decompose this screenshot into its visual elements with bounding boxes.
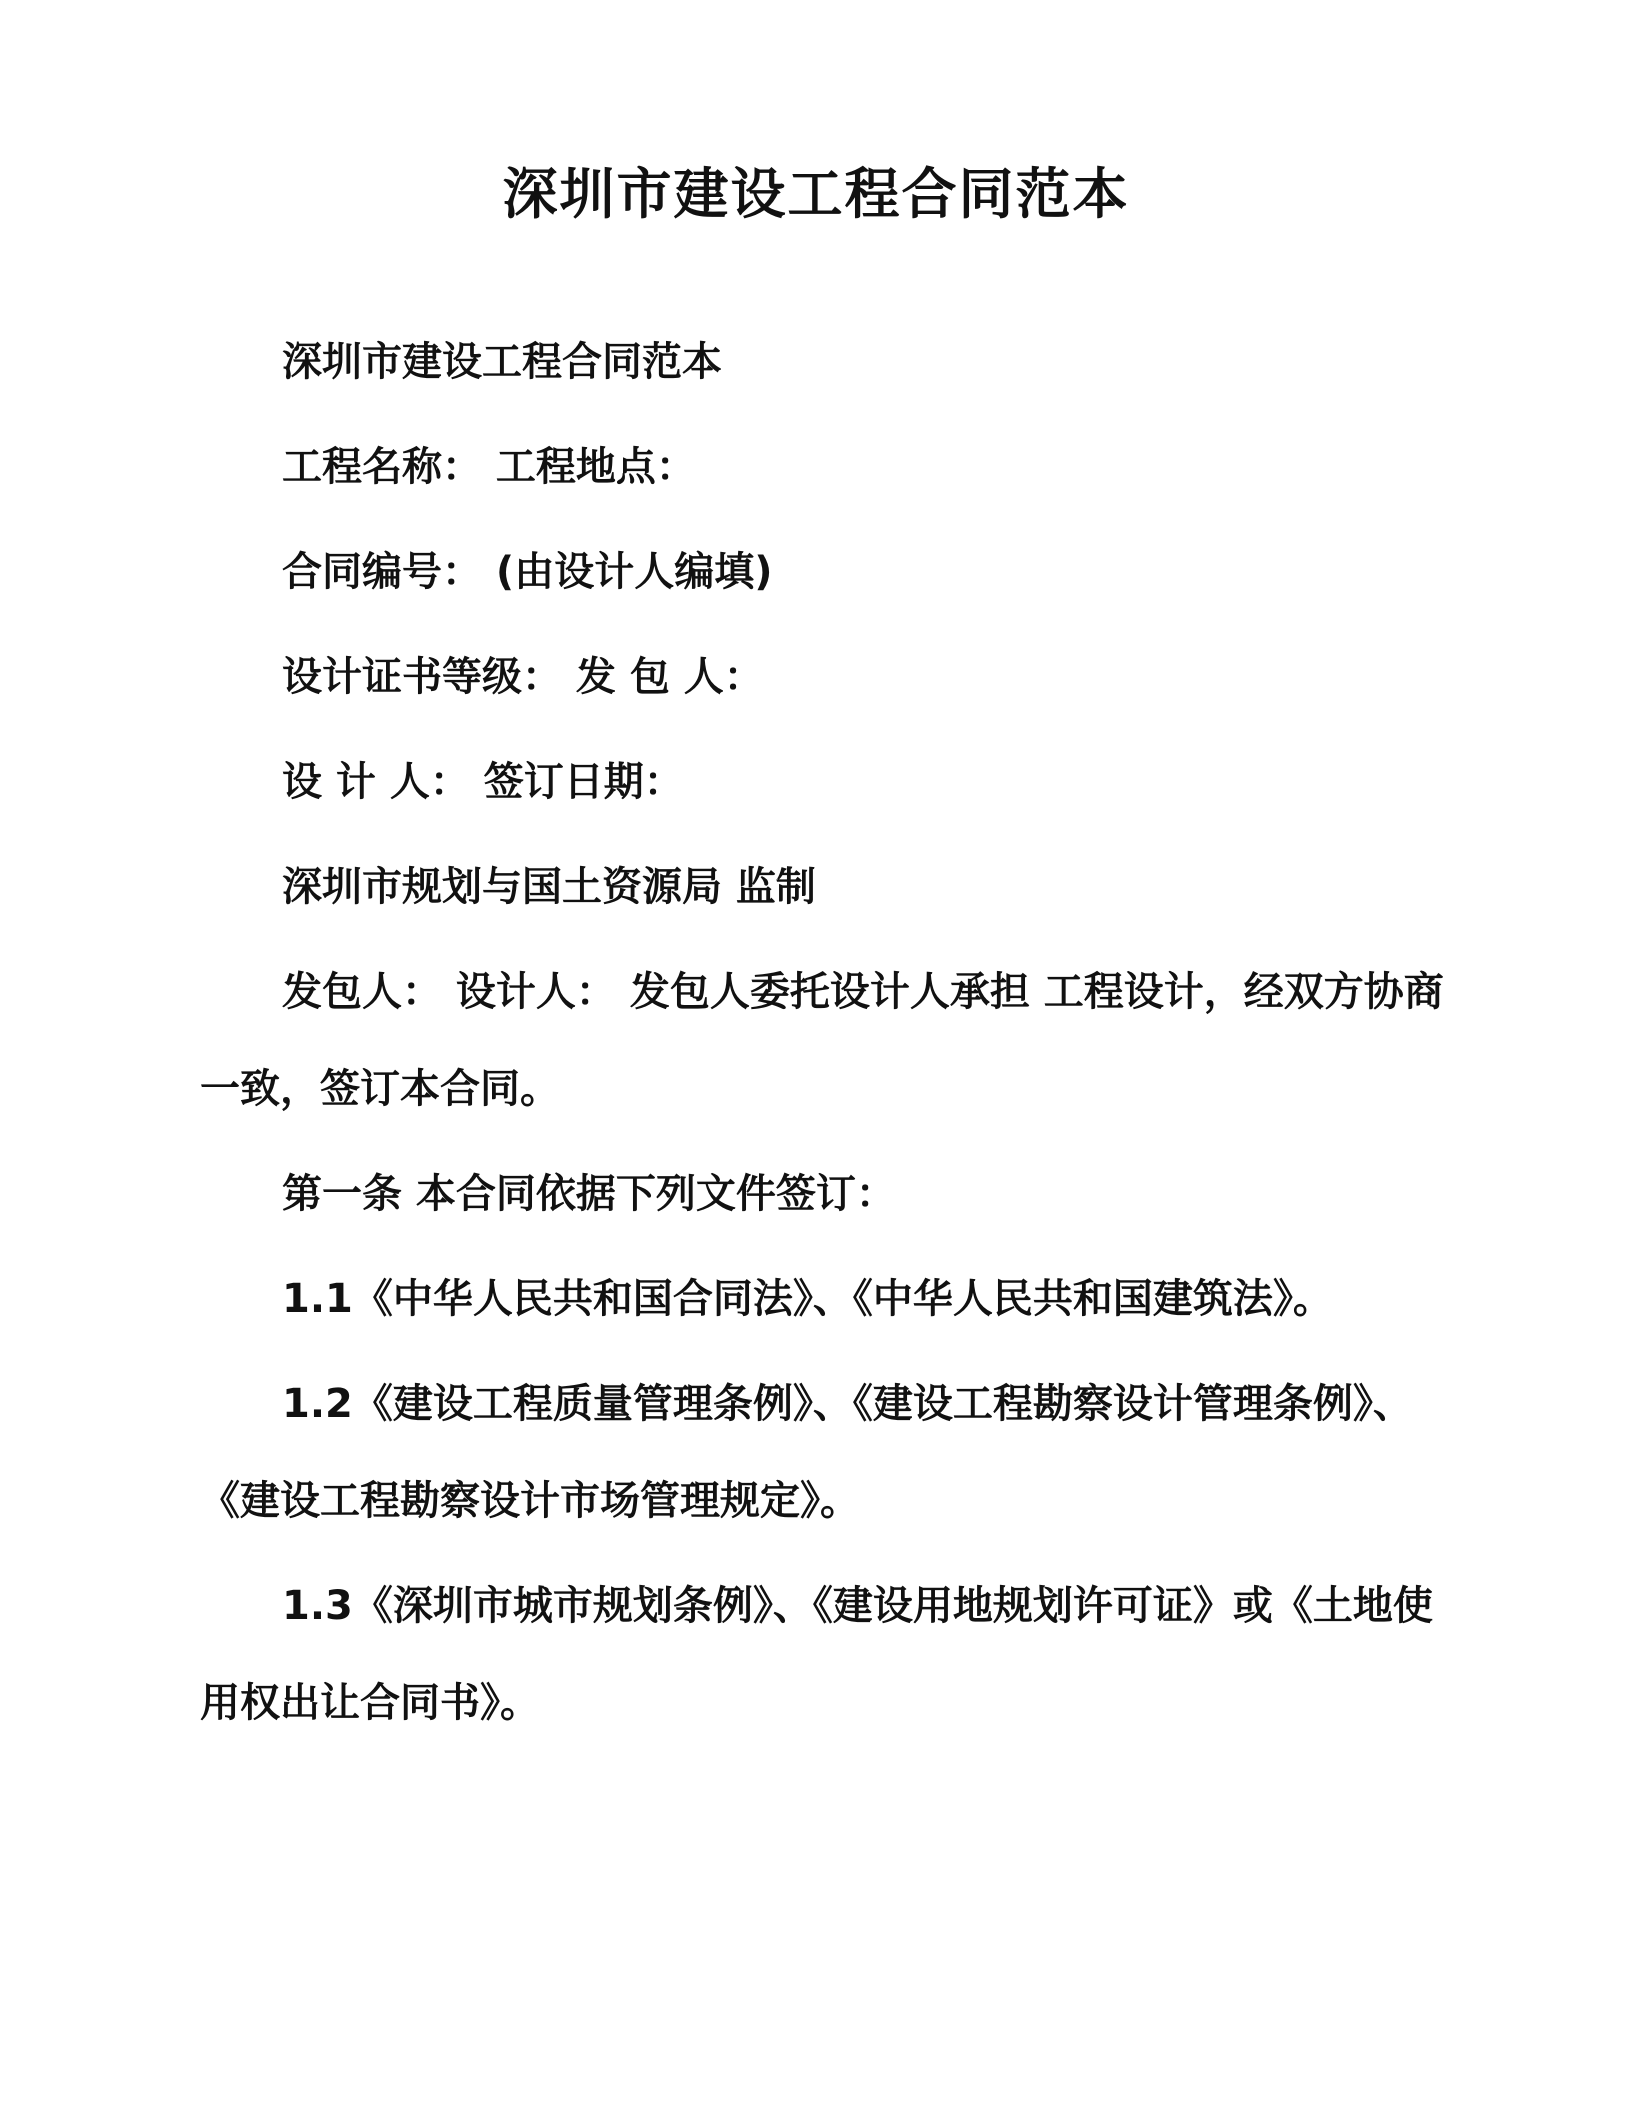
paragraph-clause-1-3: 1.3《深圳市城市规划条例》、《建设用地规划许可证》或《土地使用权出让合同书》。 <box>200 1558 1466 1752</box>
paragraph-supervising-authority: 深圳市规划与国土资源局 监制 <box>200 839 1466 936</box>
document-title: 深圳市建设工程合同范本 <box>0 0 1632 226</box>
paragraph-contract-number: 合同编号： (由设计人编填) <box>200 524 1466 621</box>
paragraph-designer-sign-date: 设 计 人： 签订日期： <box>200 734 1466 831</box>
paragraph-parties-agreement: 发包人： 设计人： 发包人委托设计人承担 工程设计，经双方协商一致，签订本合同。 <box>200 944 1466 1138</box>
document-page: 深圳市建设工程合同范本 深圳市建设工程合同范本 工程名称： 工程地点： 合同编号… <box>0 0 1632 2112</box>
paragraph-article-1-heading: 第一条 本合同依据下列文件签订： <box>200 1146 1466 1243</box>
paragraph-clause-1-1: 1.1《中华人民共和国合同法》、《中华人民共和国建筑法》。 <box>200 1251 1466 1348</box>
paragraph-subtitle: 深圳市建设工程合同范本 <box>200 314 1466 411</box>
paragraph-project-name-location: 工程名称： 工程地点： <box>200 419 1466 516</box>
document-body: 深圳市建设工程合同范本 工程名称： 工程地点： 合同编号： (由设计人编填) 设… <box>200 314 1466 1752</box>
paragraph-design-certificate-grade: 设计证书等级： 发 包 人： <box>200 629 1466 726</box>
paragraph-clause-1-2: 1.2《建设工程质量管理条例》、《建设工程勘察设计管理条例》、《建设工程勘察设计… <box>200 1356 1466 1550</box>
